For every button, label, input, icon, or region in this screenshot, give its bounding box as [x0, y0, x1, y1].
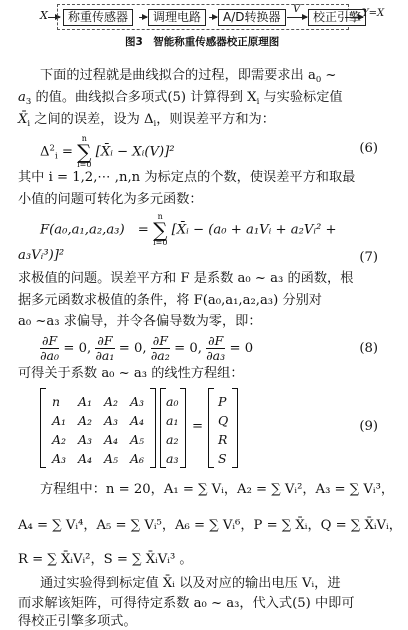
equation-7-continued: a₃Vᵢ³)]²	[18, 248, 64, 264]
figure-caption: 图3 智能称重传感器校正原理图	[125, 34, 279, 49]
text: 之间的误差，设为 Δ	[30, 112, 153, 127]
arrow-2	[209, 17, 217, 18]
paragraph-4-line-1: 可得关于系数 a₀ ~ a₃ 的线性方程组：	[18, 366, 244, 382]
paragraph-6-line-2: 而求解该矩阵，可得待定系数 a₀ ~ a₃，代入式(5) 中即可	[18, 596, 355, 612]
paragraph-5-line-3: R = ∑ X̄ᵢVᵢ²，S = ∑ X̄ᵢVᵢ³ 。	[18, 552, 193, 568]
arrow-1	[139, 17, 147, 18]
text: = 0,	[119, 341, 147, 356]
equation-number-7: (7)	[359, 250, 378, 265]
equation-6: Δ2i = n∑i=0 [X̄ᵢ − Xᵢ(V)]²	[40, 135, 175, 165]
text: 下面的过程就是曲线拟合的过程，即需要求出 a	[40, 68, 316, 83]
text: ∂F	[206, 334, 225, 349]
equation-7: F(a₀,a₁,a₂,a₃) = n∑i=0 [X̄ᵢ − (a₀ + a₁Vᵢ…	[40, 213, 337, 245]
text: i=0	[77, 160, 91, 169]
text: = 0,	[63, 341, 91, 356]
paragraph-1-line-3: X̄i 之间的误差，设为 Δi，则误差平方和为：	[18, 112, 275, 132]
paragraph-1-line-1: 下面的过程就是曲线拟合的过程，即需要求出 a0 ~	[40, 68, 336, 88]
text: i=0	[153, 238, 167, 247]
paragraph-6-line-3: 得校正引擎多项式。	[18, 614, 137, 630]
rhs-vector: PQRS	[218, 392, 228, 468]
text: ∂a₁	[95, 349, 114, 363]
arrow-3	[287, 17, 307, 18]
text: ∂F	[40, 334, 59, 349]
text: ∂F	[151, 334, 170, 349]
text: [X̄ᵢ − (a₀ + a₁Vᵢ + a₂Vᵢ² +	[172, 223, 337, 238]
text: 的值。曲线拟合多项式(5) 计算得到 X	[31, 90, 256, 105]
equation-8: ∂F∂a₀ = 0, ∂F∂a₁ = 0, ∂F∂a₂ = 0, ∂F∂a₃ =…	[40, 334, 253, 363]
text: ，则误差平方和为：	[156, 112, 275, 127]
paragraph-5-line-2: A₄ = ∑ Vᵢ⁴，A₅ = ∑ Vᵢ⁵，A₆ = ∑ Vᵢ⁶，P = ∑ X…	[18, 518, 402, 534]
text: F(a₀,a₁,a₂,a₃) =	[40, 223, 149, 238]
text: ∂a₀	[40, 349, 59, 363]
equation-number-9: (9)	[359, 419, 378, 434]
paragraph-2-line-2: 小值的问题可转化为多元函数：	[18, 192, 203, 208]
paragraph-1-line-2: a3 的值。曲线拟合多项式(5) 计算得到 Xi 与实验标定值	[18, 90, 343, 110]
coefficient-matrix: nA₁A₂A₃ A₁A₂A₃A₄ A₂A₃A₄A₅ A₃A₄A₅A₆	[52, 392, 156, 468]
unknown-vector: a₀a₁a₂a₃	[166, 392, 178, 468]
paragraph-3-line-1: 求极值的问题。误差平方和 F 是系数 a₀ ~ a₃ 的函数，根	[18, 271, 353, 287]
text: [X̄ᵢ − Xᵢ(V)]²	[96, 145, 175, 160]
paragraph-5-line-1: 方程组中：n = 20，A₁ = ∑ Vᵢ，A₂ = ∑ Vᵢ²，A₃ = ∑ …	[40, 482, 394, 498]
block-sensor: 称重传感器	[63, 9, 133, 26]
equation-number-8: (8)	[359, 341, 378, 356]
paragraph-3-line-2: 据多元函数求极值的条件，将 F(a₀,a₁,a₂,a₃) 分别对	[18, 293, 322, 309]
text: Δ	[40, 145, 50, 160]
equation-number-6: (6)	[359, 141, 378, 156]
text: = 0,	[174, 341, 202, 356]
block-conditioning: 调理电路	[148, 9, 206, 26]
block-adc: A/D转换器	[218, 9, 286, 26]
text: ∂a₃	[206, 349, 225, 363]
text: 与实验标定值	[259, 90, 342, 105]
paragraph-3-line-3: a₀ ~a₃ 求偏导，并令各偏导数为零，即：	[18, 314, 262, 330]
output-label: Y=X	[362, 8, 384, 19]
paragraph-2-line-1: 其中 i = 1,2,⋯ ,n,n 为标定点的个数，使误差平方和取最	[18, 170, 355, 186]
text: a	[18, 90, 26, 105]
text: = 0	[229, 341, 253, 356]
text: X̄	[18, 112, 27, 127]
text: ∂a₂	[151, 349, 170, 363]
paragraph-6-line-1: 通过实验得到标定值 X̄ᵢ 以及对应的输出电压 Vᵢ，进	[40, 576, 341, 592]
input-label: X	[40, 8, 48, 24]
text: ∂F	[95, 334, 114, 349]
arrow-out	[345, 17, 363, 18]
v-label: V	[293, 4, 300, 15]
text: ~	[321, 68, 336, 83]
